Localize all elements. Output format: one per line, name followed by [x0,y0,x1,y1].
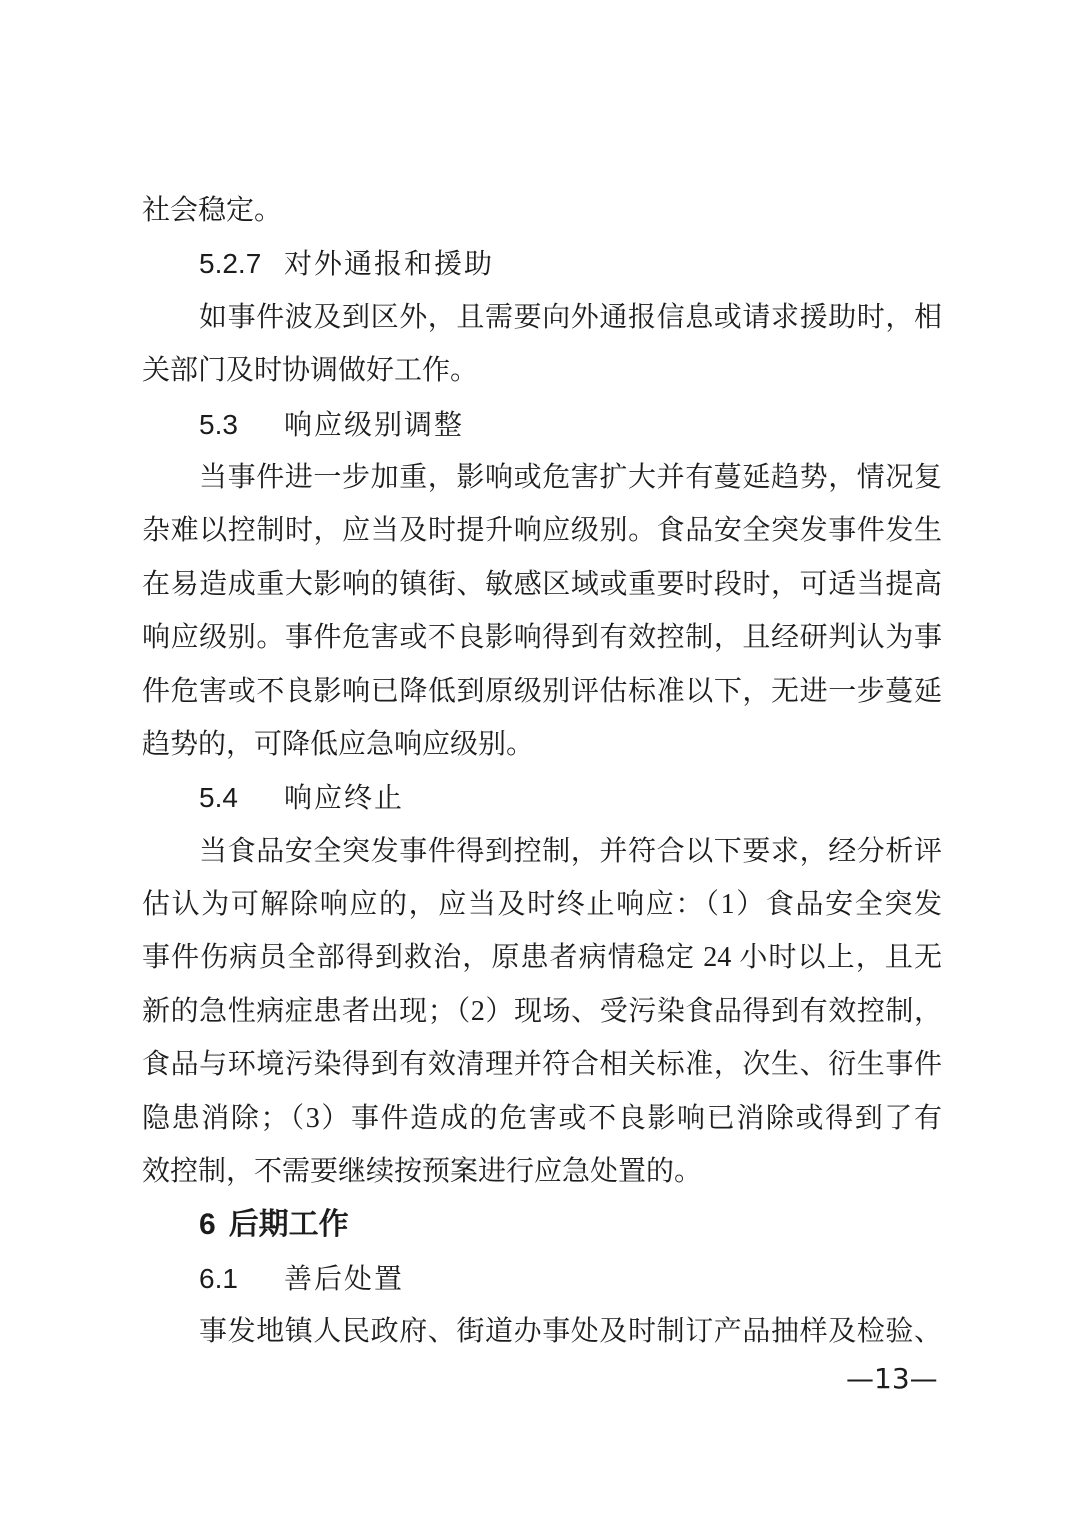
body-text-line: 社会稳定。 [142,184,942,237]
subsection-heading: 5.3响应级别调整 [142,398,942,451]
document-page: 社会稳定。5.2.7对外通报和援助如事件波及到区外，且需要向外通报信息或请求援助… [0,0,1074,1520]
subsection-heading: 5.2.7对外通报和援助 [142,237,942,290]
section-heading: 6后期工作 [142,1198,942,1251]
heading-number: 5.2.7 [199,237,284,290]
heading-title: 善后处置 [284,1264,404,1295]
heading-title: 响应级别调整 [284,410,464,441]
body-text-line: 新的急性病症患者出现；（2）现场、受污染食品得到有效控制， [142,985,942,1038]
heading-number: 6.1 [199,1252,284,1305]
body-text-line: 当食品安全突发事件得到控制，并符合以下要求，经分析评 [142,825,942,878]
body-text-line: 估认为可解除响应的，应当及时终止响应：（1）食品安全突发 [142,878,942,931]
body-text-line: 如事件波及到区外，且需要向外通报信息或请求援助时，相 [142,291,942,344]
heading-title: 对外通报和援助 [284,249,494,280]
heading-title: 响应终止 [284,783,404,814]
body-text-line: 在易造成重大影响的镇街、敏感区域或重要时段时，可适当提高 [142,558,942,611]
body-text-line: 事件伤病员全部得到救治，原患者病情稳定 24 小时以上，且无 [142,931,942,984]
heading-title: 后期工作 [229,1208,349,1241]
body-text-line: 响应级别。事件危害或不良影响得到有效控制，且经研判认为事 [142,611,942,664]
body-text-line: 杂难以控制时，应当及时提升响应级别。食品安全突发事件发生 [142,504,942,557]
body-text-line: 隐患消除；（3）事件造成的危害或不良影响已消除或得到了有 [142,1092,942,1145]
heading-number: 6 [199,1208,216,1241]
page-number: —13— [846,1364,938,1394]
subsection-heading: 6.1善后处置 [142,1252,942,1305]
body-text-line: 事发地镇人民政府、街道办事处及时制订产品抽样及检验、 [142,1305,942,1358]
heading-number: 5.3 [199,398,284,451]
body-text-line: 当事件进一步加重，影响或危害扩大并有蔓延趋势，情况复 [142,451,942,504]
document-text-block: 社会稳定。5.2.7对外通报和援助如事件波及到区外，且需要向外通报信息或请求援助… [142,184,942,1359]
heading-number: 5.4 [199,771,284,824]
body-text-line: 件危害或不良影响已降低到原级别评估标准以下，无进一步蔓延 [142,665,942,718]
subsection-heading: 5.4响应终止 [142,771,942,824]
body-text-line: 效控制，不需要继续按预案进行应急处置的。 [142,1145,942,1198]
body-text-line: 食品与环境污染得到有效清理并符合相关标准，次生、衍生事件 [142,1038,942,1091]
body-text-line: 关部门及时协调做好工作。 [142,344,942,397]
body-text-line: 趋势的，可降低应急响应级别。 [142,718,942,771]
